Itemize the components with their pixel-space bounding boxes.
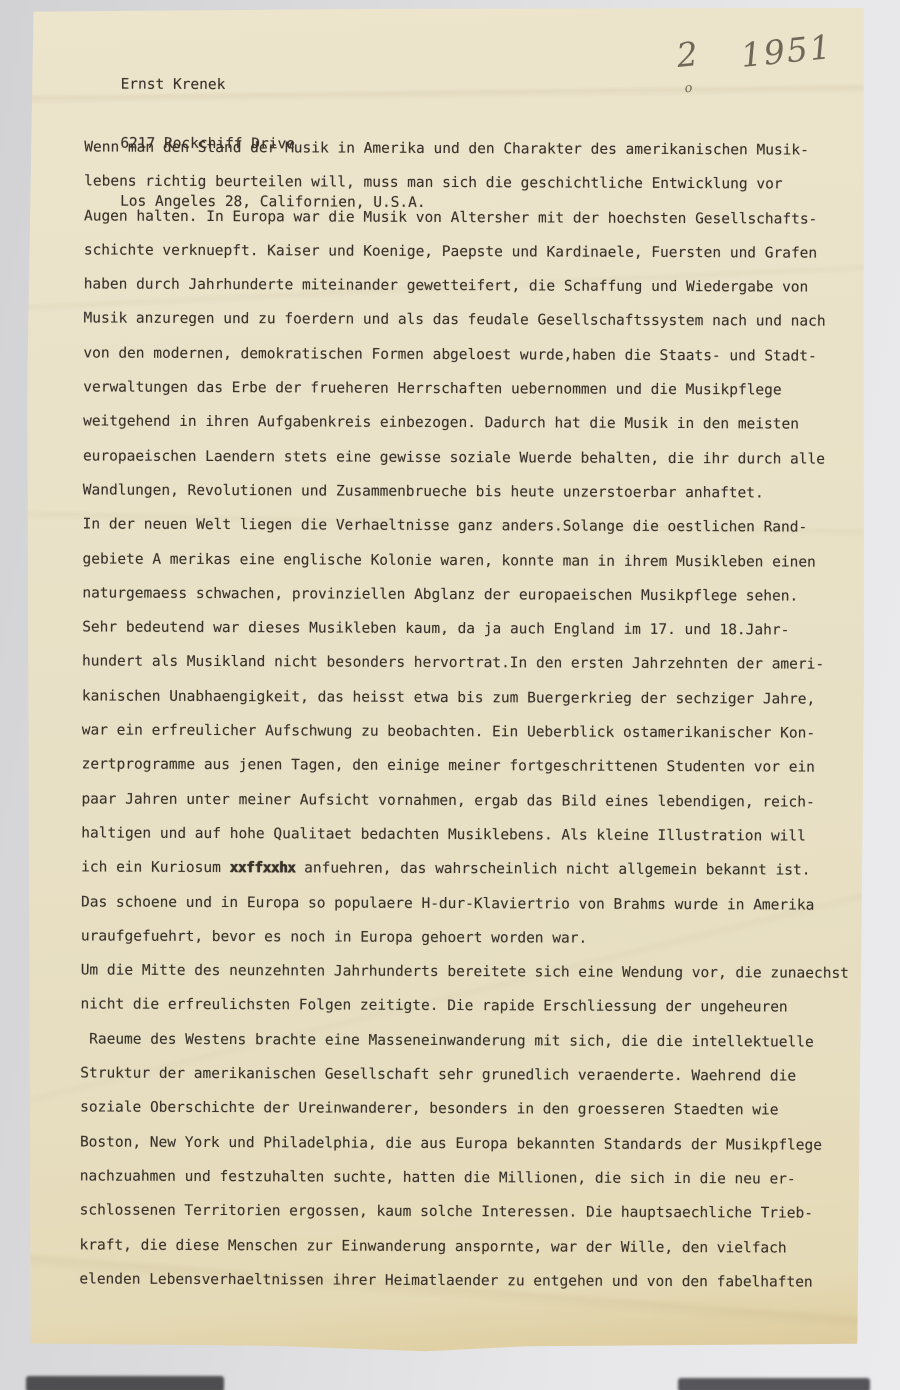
letter-page: Ernst Krenek 6217 Rockchiff Drive Los An… xyxy=(23,4,867,1354)
body-text: Wenn man den Stand der Musik in Amerika … xyxy=(79,130,852,1299)
text-line: naturgemaess schwachen, provinziellen Ab… xyxy=(82,576,850,614)
text-line: Das schoene und in Europa so populaere H… xyxy=(81,885,849,923)
text-line: schichte verknuepft. Kaiser und Koenige,… xyxy=(84,233,852,271)
text-line: schlossenen Territorien ergossen, kaum s… xyxy=(80,1194,848,1232)
handwritten-page-number: 2 xyxy=(675,34,700,75)
text-line: weitgehend in ihren Aufgabenkreis einbez… xyxy=(83,405,851,443)
text-line: ich ein Kuriosum xxffxxhx anfuehren, das… xyxy=(81,851,849,889)
text-line: Boston, New York und Philadelphia, die a… xyxy=(80,1125,848,1163)
text-line: hundert als Musikland nicht besonders he… xyxy=(82,645,850,683)
scan-artifact-right xyxy=(678,1378,870,1390)
text-line: Struktur der amerikanischen Gesellschaft… xyxy=(80,1056,848,1094)
text-line: nachzuahmen und festzuhalten suchte, hat… xyxy=(80,1159,848,1197)
text-line: Wandlungen, Revolutionen und Zusammenbru… xyxy=(83,473,851,511)
text-line: Augen halten. In Europa war die Musik vo… xyxy=(84,199,852,237)
text-line: lebens richtig beurteilen will, muss man… xyxy=(84,165,852,203)
sender-name: Ernst Krenek xyxy=(121,76,427,97)
text-line: war ein erfreulicher Aufschwung zu beoba… xyxy=(82,713,850,751)
text-line: kraft, die diese Menschen zur Einwanderu… xyxy=(79,1228,847,1266)
text-line: Wenn man den Stand der Musik in Amerika … xyxy=(84,130,852,168)
text-line: Um die Mitte des neunzehnten Jahrhundert… xyxy=(81,954,849,992)
text-line: kanischen Unabhaengigkeit, das heisst et… xyxy=(82,679,850,717)
text-line: verwaltungen das Erbe der frueheren Herr… xyxy=(83,370,851,408)
scan-artifact-left xyxy=(26,1376,224,1390)
text-line: nicht die erfreulichsten Folgen zeitigte… xyxy=(80,988,848,1026)
text-line: haben durch Jahrhunderte miteinander gew… xyxy=(84,268,852,306)
text-line: soziale Oberschichte der Ureinwanderer, … xyxy=(80,1091,848,1129)
text-line: Raeume des Westens brachte eine Massenei… xyxy=(80,1022,848,1060)
handwritten-year: 1951 xyxy=(739,27,834,75)
text-line: Musik anzuregen und zu foerdern und als … xyxy=(83,302,851,340)
text-line: von den modernen, demokratischen Formen … xyxy=(83,336,851,374)
text-line: europaeischen Laendern stets eine gewiss… xyxy=(83,439,851,477)
struck-out-word: xxffxxhx xyxy=(230,860,296,876)
text-line: haltigen und auf hohe Qualitaet bedachte… xyxy=(81,816,849,854)
handwritten-small-mark: o xyxy=(683,81,693,97)
text-line: In der neuen Welt liegen die Verhaeltnis… xyxy=(83,508,851,546)
text-line: uraufgefuehrt, bevor es noch in Europa g… xyxy=(81,919,849,957)
text-line: zertprogramme aus jenen Tagen, den einig… xyxy=(82,748,850,786)
text-line: gebiete A merikas eine englische Kolonie… xyxy=(82,542,850,580)
text-line: paar Jahren unter meiner Aufsicht vornah… xyxy=(81,782,849,820)
text-line: Sehr bedeutend war dieses Musikleben kau… xyxy=(82,611,850,649)
text-line: elenden Lebensverhaeltnissen ihrer Heima… xyxy=(79,1262,847,1300)
